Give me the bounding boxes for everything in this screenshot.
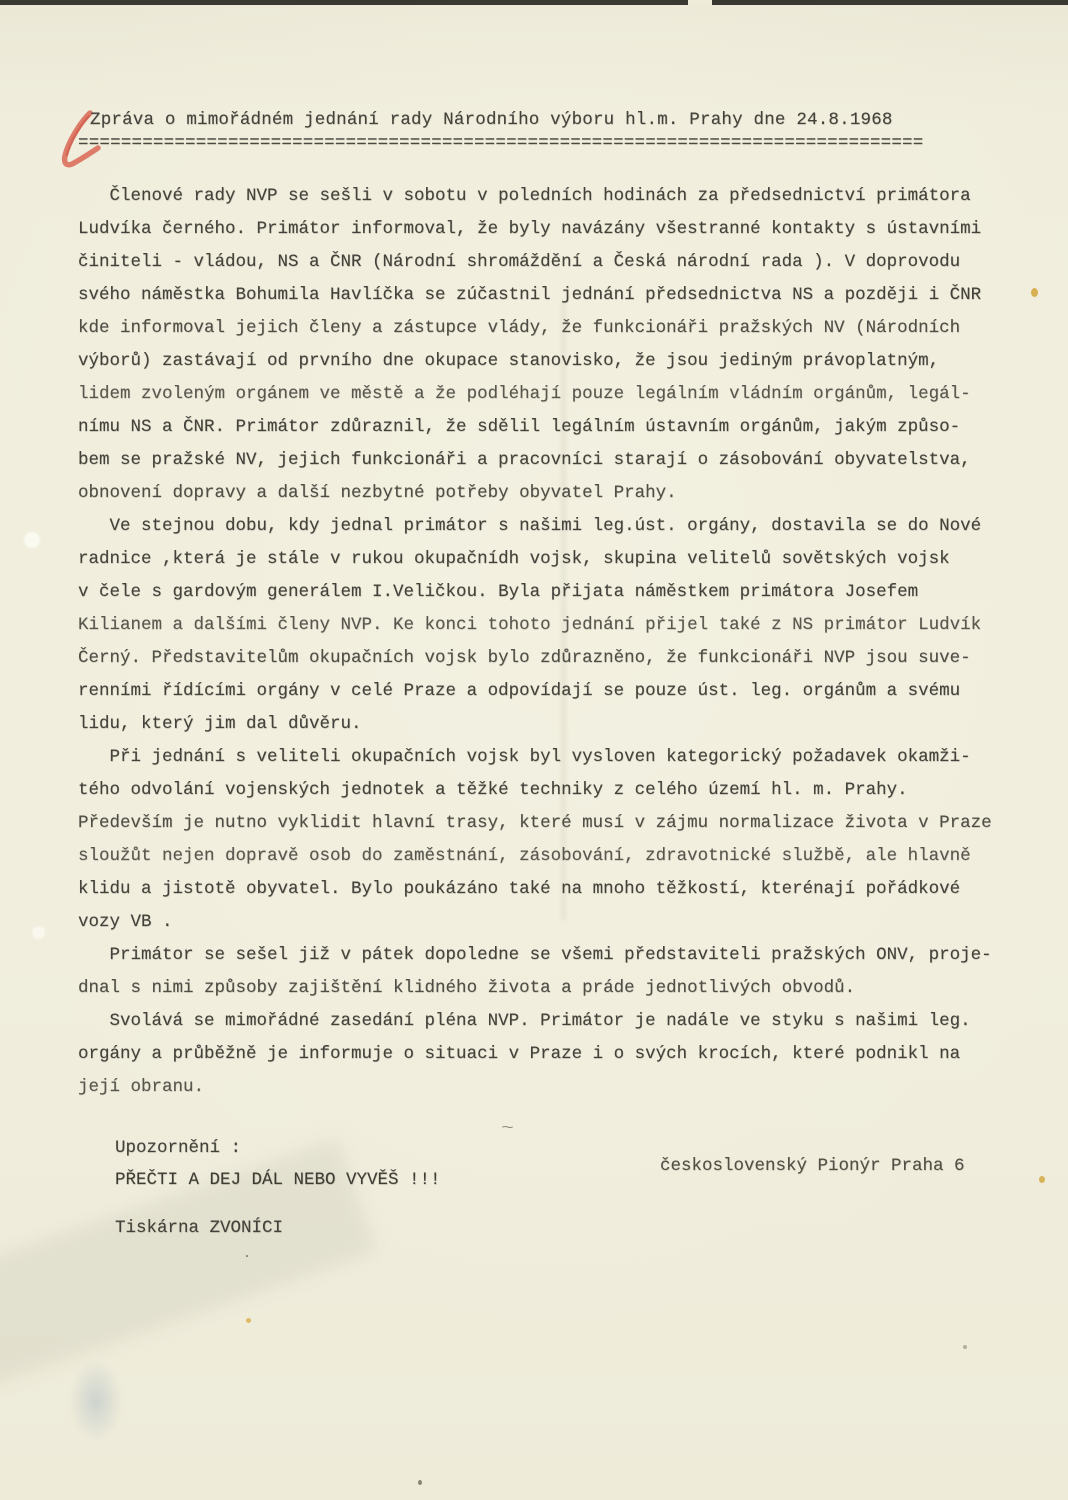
printer-line: Tiskárna ZVONÍCI (115, 1212, 1018, 1244)
paper-speck (418, 1480, 422, 1485)
text-line: Ve stejnou dobu, kdy jednal primátor s n… (78, 510, 1018, 543)
paper-speck (1039, 1176, 1045, 1183)
text-line: v čele s gardovým generálem I.Veličkou. … (78, 576, 1018, 609)
text-line: Černý. Představitelům okupačních vojsk b… (78, 642, 1018, 675)
paper-spot (32, 926, 45, 939)
ink-smudge (70, 1360, 122, 1442)
text-line: Při jednání s veliteli okupačních vojsk … (78, 741, 1018, 774)
text-line: renními řídícími orgány v celé Praze a o… (78, 675, 1018, 708)
text-line: lidem zvoleným orgánem ve městě a že pod… (78, 378, 1018, 411)
text-line: klidu a jistotě obyvatel. Bylo poukázáno… (78, 873, 1018, 906)
paper-speck (963, 1345, 967, 1349)
notice-block: Upozornění : PŘEČTI A DEJ DÁL NEBO VYVĚŠ… (115, 1132, 1018, 1244)
paper-speck (1031, 288, 1038, 297)
text-line: sloužůt nejen dopravě osob do zaměstnání… (78, 840, 1018, 873)
publisher-line: československý Pionýr Praha 6 (660, 1156, 965, 1176)
typewritten-text: Zpráva o mimořádném jednání rady Národní… (78, 108, 1018, 1244)
text-line: Primátor se sešel již v pátek dopoledne … (78, 939, 1018, 972)
text-line: Především je nutno vyklidit hlavní trasy… (78, 807, 1018, 840)
text-line: obnovení dopravy a další nezbytné potřeb… (78, 477, 1018, 510)
text-line: nímu NS a ČNR. Primátor zdůraznil, že sd… (78, 411, 1018, 444)
text-line: výborů) zastávají od prvního dne okupace… (78, 345, 1018, 378)
text-line: Svolává se mimořádné zasedání pléna NVP.… (78, 1005, 1018, 1038)
title-underline: ========================================… (78, 134, 1018, 152)
text-line: Kilianem a dalšími členy NVP. Ke konci t… (78, 609, 1018, 642)
text-line: Členové rady NVP se sešli v sobotu v pol… (78, 180, 1018, 213)
document-title: Zpráva o mimořádném jednání rady Národní… (90, 108, 1018, 132)
text-line: tého odvolání vojenských jednotek a těžk… (78, 774, 1018, 807)
document-page: ~ . Zpráva o mimořádném jednání rady Nár… (0, 0, 1068, 1500)
text-line: bem se pražské NV, jejich funkcionáři a … (78, 444, 1018, 477)
text-line: kde informoval jejich členy a zástupce v… (78, 312, 1018, 345)
text-line: lidu, který jim dal důvěru. (78, 708, 1018, 741)
text-line: dnal s nimi způsoby zajištění klidného ž… (78, 972, 1018, 1005)
paper-speck (246, 1318, 251, 1323)
text-line: radnice ,která je stále v rukou okupační… (78, 543, 1018, 576)
document-body: Členové rady NVP se sešli v sobotu v pol… (78, 180, 1018, 1104)
stray-ink-dot: . (243, 1246, 251, 1261)
paper-spot (24, 532, 40, 548)
text-line: Ludvíka černého. Primátor informoval, že… (78, 213, 1018, 246)
scan-top-edge (0, 0, 1068, 5)
text-line: svého náměstka Bohumila Havlíčka se zúča… (78, 279, 1018, 312)
text-line: její obranu. (78, 1071, 1018, 1104)
scan-top-edge-gap (688, 0, 712, 5)
text-line: vozy VB . (78, 906, 1018, 939)
text-line: činiteli - vládou, NS a ČNR (Národní shr… (78, 246, 1018, 279)
text-line: orgány a průběžně je informuje o situaci… (78, 1038, 1018, 1071)
